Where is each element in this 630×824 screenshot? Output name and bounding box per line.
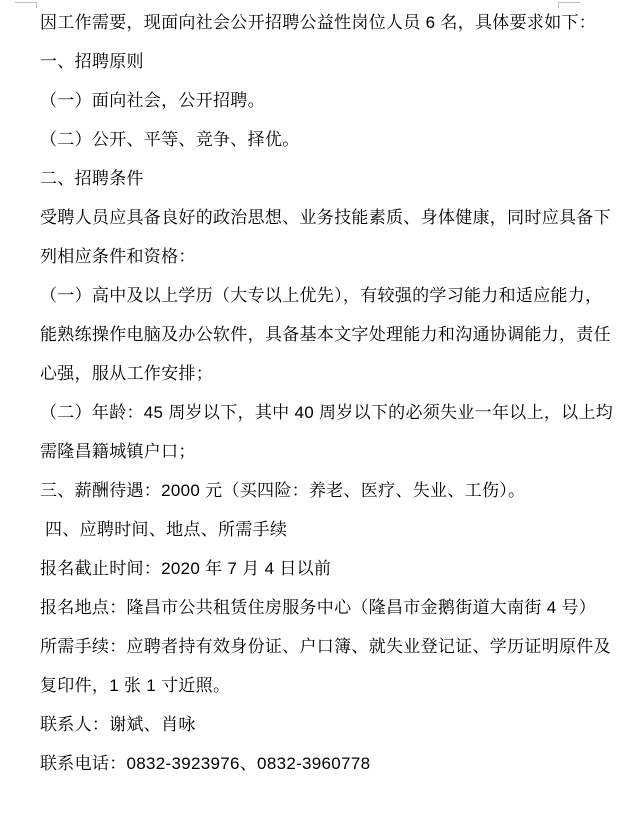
text-line: （一）高中及以上学历（大专以上优先），有较强的学习能力和适应能力， [40,276,580,315]
text-line: （一）面向社会，公开招聘。 [40,81,580,120]
text-line: 四、应聘时间、地点、所需手续 [40,510,580,549]
text-boundary-mark-top-left-icon [15,2,37,8]
text-line: 一、招聘原则 [40,42,580,81]
text-line: 能熟练操作电脑及办公软件，具备基本文字处理能力和沟通协调能力，责任 [40,315,580,354]
document-body: 因工作需要，现面向社会公开招聘公益性岗位人员 6 名，具体要求如下： 一、招聘原… [40,3,580,783]
text-line: 报名截止时间：2020 年 7 月 4 日以前 [40,549,580,588]
text-line: 报名地点：隆昌市公共租赁住房服务中心（隆昌市金鹅街道大南街 4 号） [40,588,580,627]
text-line: 复印件，1 张 1 寸近照。 [40,666,580,705]
text-line: 联系人：谢斌、肖咏 [40,705,580,744]
text-line: 因工作需要，现面向社会公开招聘公益性岗位人员 6 名，具体要求如下： [40,3,580,42]
text-line: 受聘人员应具备良好的政治思想、业务技能素质、身体健康，同时应具备下 [40,198,580,237]
text-line: 需隆昌籍城镇户口； [40,432,580,471]
text-line: （二）年龄：45 周岁以下，其中 40 周岁以下的必须失业一年以上，以上均 [40,393,580,432]
text-line: 列相应条件和资格： [40,237,580,276]
text-line: 心强，服从工作安排； [40,354,580,393]
text-line: 二、招聘条件 [40,159,580,198]
text-line: 三、薪酬待遇：2000 元（买四险：养老、医疗、失业、工伤）。 [40,471,580,510]
text-line: （二）公开、平等、竞争、择优。 [40,120,580,159]
document-page: 因工作需要，现面向社会公开招聘公益性岗位人员 6 名，具体要求如下： 一、招聘原… [0,0,630,824]
text-line: 所需手续：应聘者持有效身份证、户口簿、就失业登记证、学历证明原件及 [40,627,580,666]
text-line: 联系电话：0832-3923976、0832-3960778 [40,744,580,783]
